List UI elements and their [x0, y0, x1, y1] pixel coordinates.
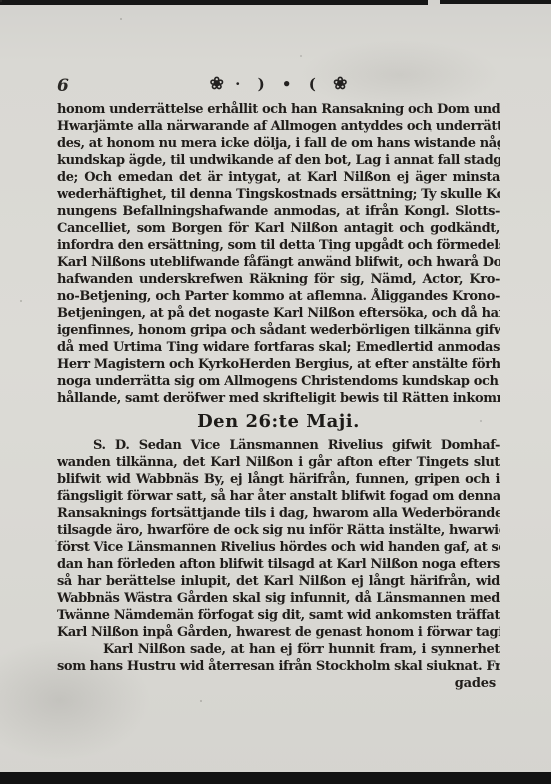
- text-line: dan han förleden afton blifwit tilsagd a…: [57, 556, 500, 573]
- text-line: wederhäftighet, til denna Tingskostnads …: [57, 186, 500, 203]
- text-line: Twänne Nämdemän förfogat sig dit, samt w…: [57, 607, 500, 624]
- text-line: hafwanden underskrefwen Räkning för sig,…: [57, 271, 500, 288]
- text-line: tilsagde äro, hwarföre de ock sig nu inf…: [57, 522, 500, 539]
- text-line: som hans Hustru wid återresan ifrån Stoc…: [57, 658, 500, 675]
- section-heading: Den 26:te Maji.: [57, 407, 500, 437]
- scanned-page: 6 ❀ · ) • ( ❀ honom underrättelse erhåll…: [0, 0, 551, 784]
- text-line: då med Urtima Ting widare fortfaras skal…: [57, 339, 500, 356]
- text-line: blifwit wid Wabbnäs By, ej långt härifrå…: [57, 471, 500, 488]
- text-line: honom underrättelse erhållit och han Ran…: [57, 101, 500, 118]
- text-line: Wabbnäs Wästra Gården skal sig infunnit,…: [57, 590, 500, 607]
- text-line: Hwarjämte alla närwarande af Allmogen an…: [57, 118, 500, 135]
- text-line: no-Betjening, och Parter kommo at aflemn…: [57, 288, 500, 305]
- header-ornament: ❀ · ) • ( ❀: [210, 74, 348, 94]
- text-line: så har berättelse inlupit, det Karl Nilß…: [57, 573, 500, 590]
- text-line: kundskap ägde, til undwikande af den bot…: [57, 152, 500, 169]
- text-line: Cancelliet, som Borgen för Karl Nilßon a…: [57, 220, 500, 237]
- text-line: de; Och emedan det är intygat, at Karl N…: [57, 169, 500, 186]
- text-line: Betjeningen, at på det nogaste Karl Nilß…: [57, 305, 500, 322]
- ornament-brackets: · ) • (: [235, 75, 322, 93]
- scan-edge-top-left: [0, 0, 428, 5]
- paper-specks: [0, 0, 2, 2]
- text-line: noga underrätta sig om Allmogens Christe…: [57, 373, 500, 390]
- text-line: Ransaknings fortsättjande tils i dag, hw…: [57, 505, 500, 522]
- text-line: nungens Befallningshafwande anmodas, at …: [57, 203, 500, 220]
- rosette-icon: ❀: [210, 74, 224, 94]
- text-line: infordra den ersättning, som til detta T…: [57, 237, 500, 254]
- scan-edge-bottom: [0, 772, 551, 784]
- text-line: Herr Magistern och KyrkoHerden Bergius, …: [57, 356, 500, 373]
- text-line: S. D. Sedan Vice Länsmannen Rivelius gif…: [57, 437, 500, 454]
- text-line: hållande, samt deröfwer med skrifteligit…: [57, 390, 500, 407]
- text-line: Karl Nilßon sade, at han ej förr hunnit …: [57, 641, 500, 658]
- page-number: 6: [57, 76, 69, 96]
- text-line: igenfinnes, honom gripa och sådant weder…: [57, 322, 500, 339]
- text-line: Karl Nilßons uteblifwande fåfängt anwänd…: [57, 254, 500, 271]
- catchword: gades: [57, 675, 500, 692]
- text-line: Karl Nilßon inpå Gården, hwarest de gena…: [57, 624, 500, 641]
- text-line: först Vice Länsmannen Rivelius hördes oc…: [57, 539, 500, 556]
- text-block: honom underrättelse erhållit och han Ran…: [57, 101, 500, 701]
- scan-edge-top-right: [440, 0, 551, 4]
- text-line: wanden tilkänna, det Karl Nilßon i går a…: [57, 454, 500, 471]
- page-header: 6 ❀ · ) • ( ❀: [57, 74, 500, 96]
- text-line: des, at honom nu mera icke dölja, i fall…: [57, 135, 500, 152]
- rosette-icon: ❀: [333, 74, 347, 94]
- text-line: fängsligit förwar satt, så har åter anst…: [57, 488, 500, 505]
